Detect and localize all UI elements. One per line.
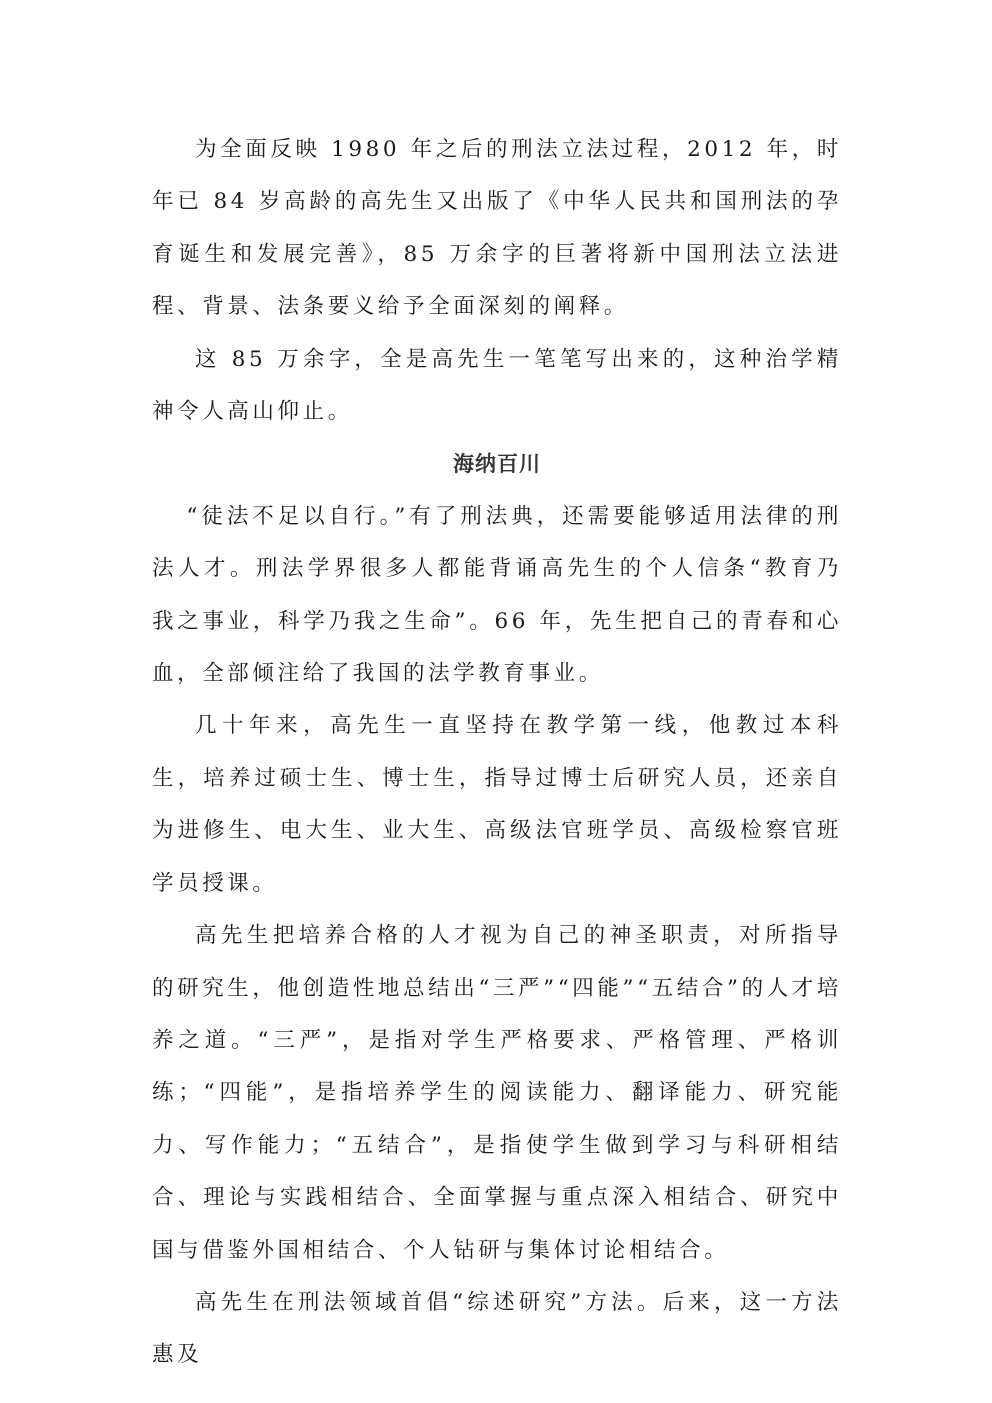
paragraph-writing-spirit: 这 85 万余字，全是高先生一笔笔写出来的，这种治学精神令人高山仰止。 <box>152 334 842 439</box>
document-page: 为全面反映 1980 年之后的刑法立法过程，2012 年，时年已 84 岁高龄的… <box>152 124 842 1382</box>
paragraph-criminal-law-book: 为全面反映 1980 年之后的刑法立法过程，2012 年，时年已 84 岁高龄的… <box>152 124 842 334</box>
paragraph-teaching-frontline: 几十年来，高先生一直坚持在教学第一线，他教过本科生，培养过硕士生、博士生，指导过… <box>152 700 842 910</box>
paragraph-talent-cultivation: 高先生把培养合格的人才视为自己的神圣职责，对所指导的研究生，他创造性地总结出“三… <box>152 910 842 1277</box>
paragraph-education-creed: “徒法不足以自行。”有了刑法典，还需要能够适用法律的刑法人才。刑法学界很多人都能… <box>152 491 842 701</box>
paragraph-review-research: 高先生在刑法领域首倡“综述研究”方法。后来，这一方法惠及 <box>152 1277 842 1382</box>
section-heading: 海纳百川 <box>152 438 842 490</box>
